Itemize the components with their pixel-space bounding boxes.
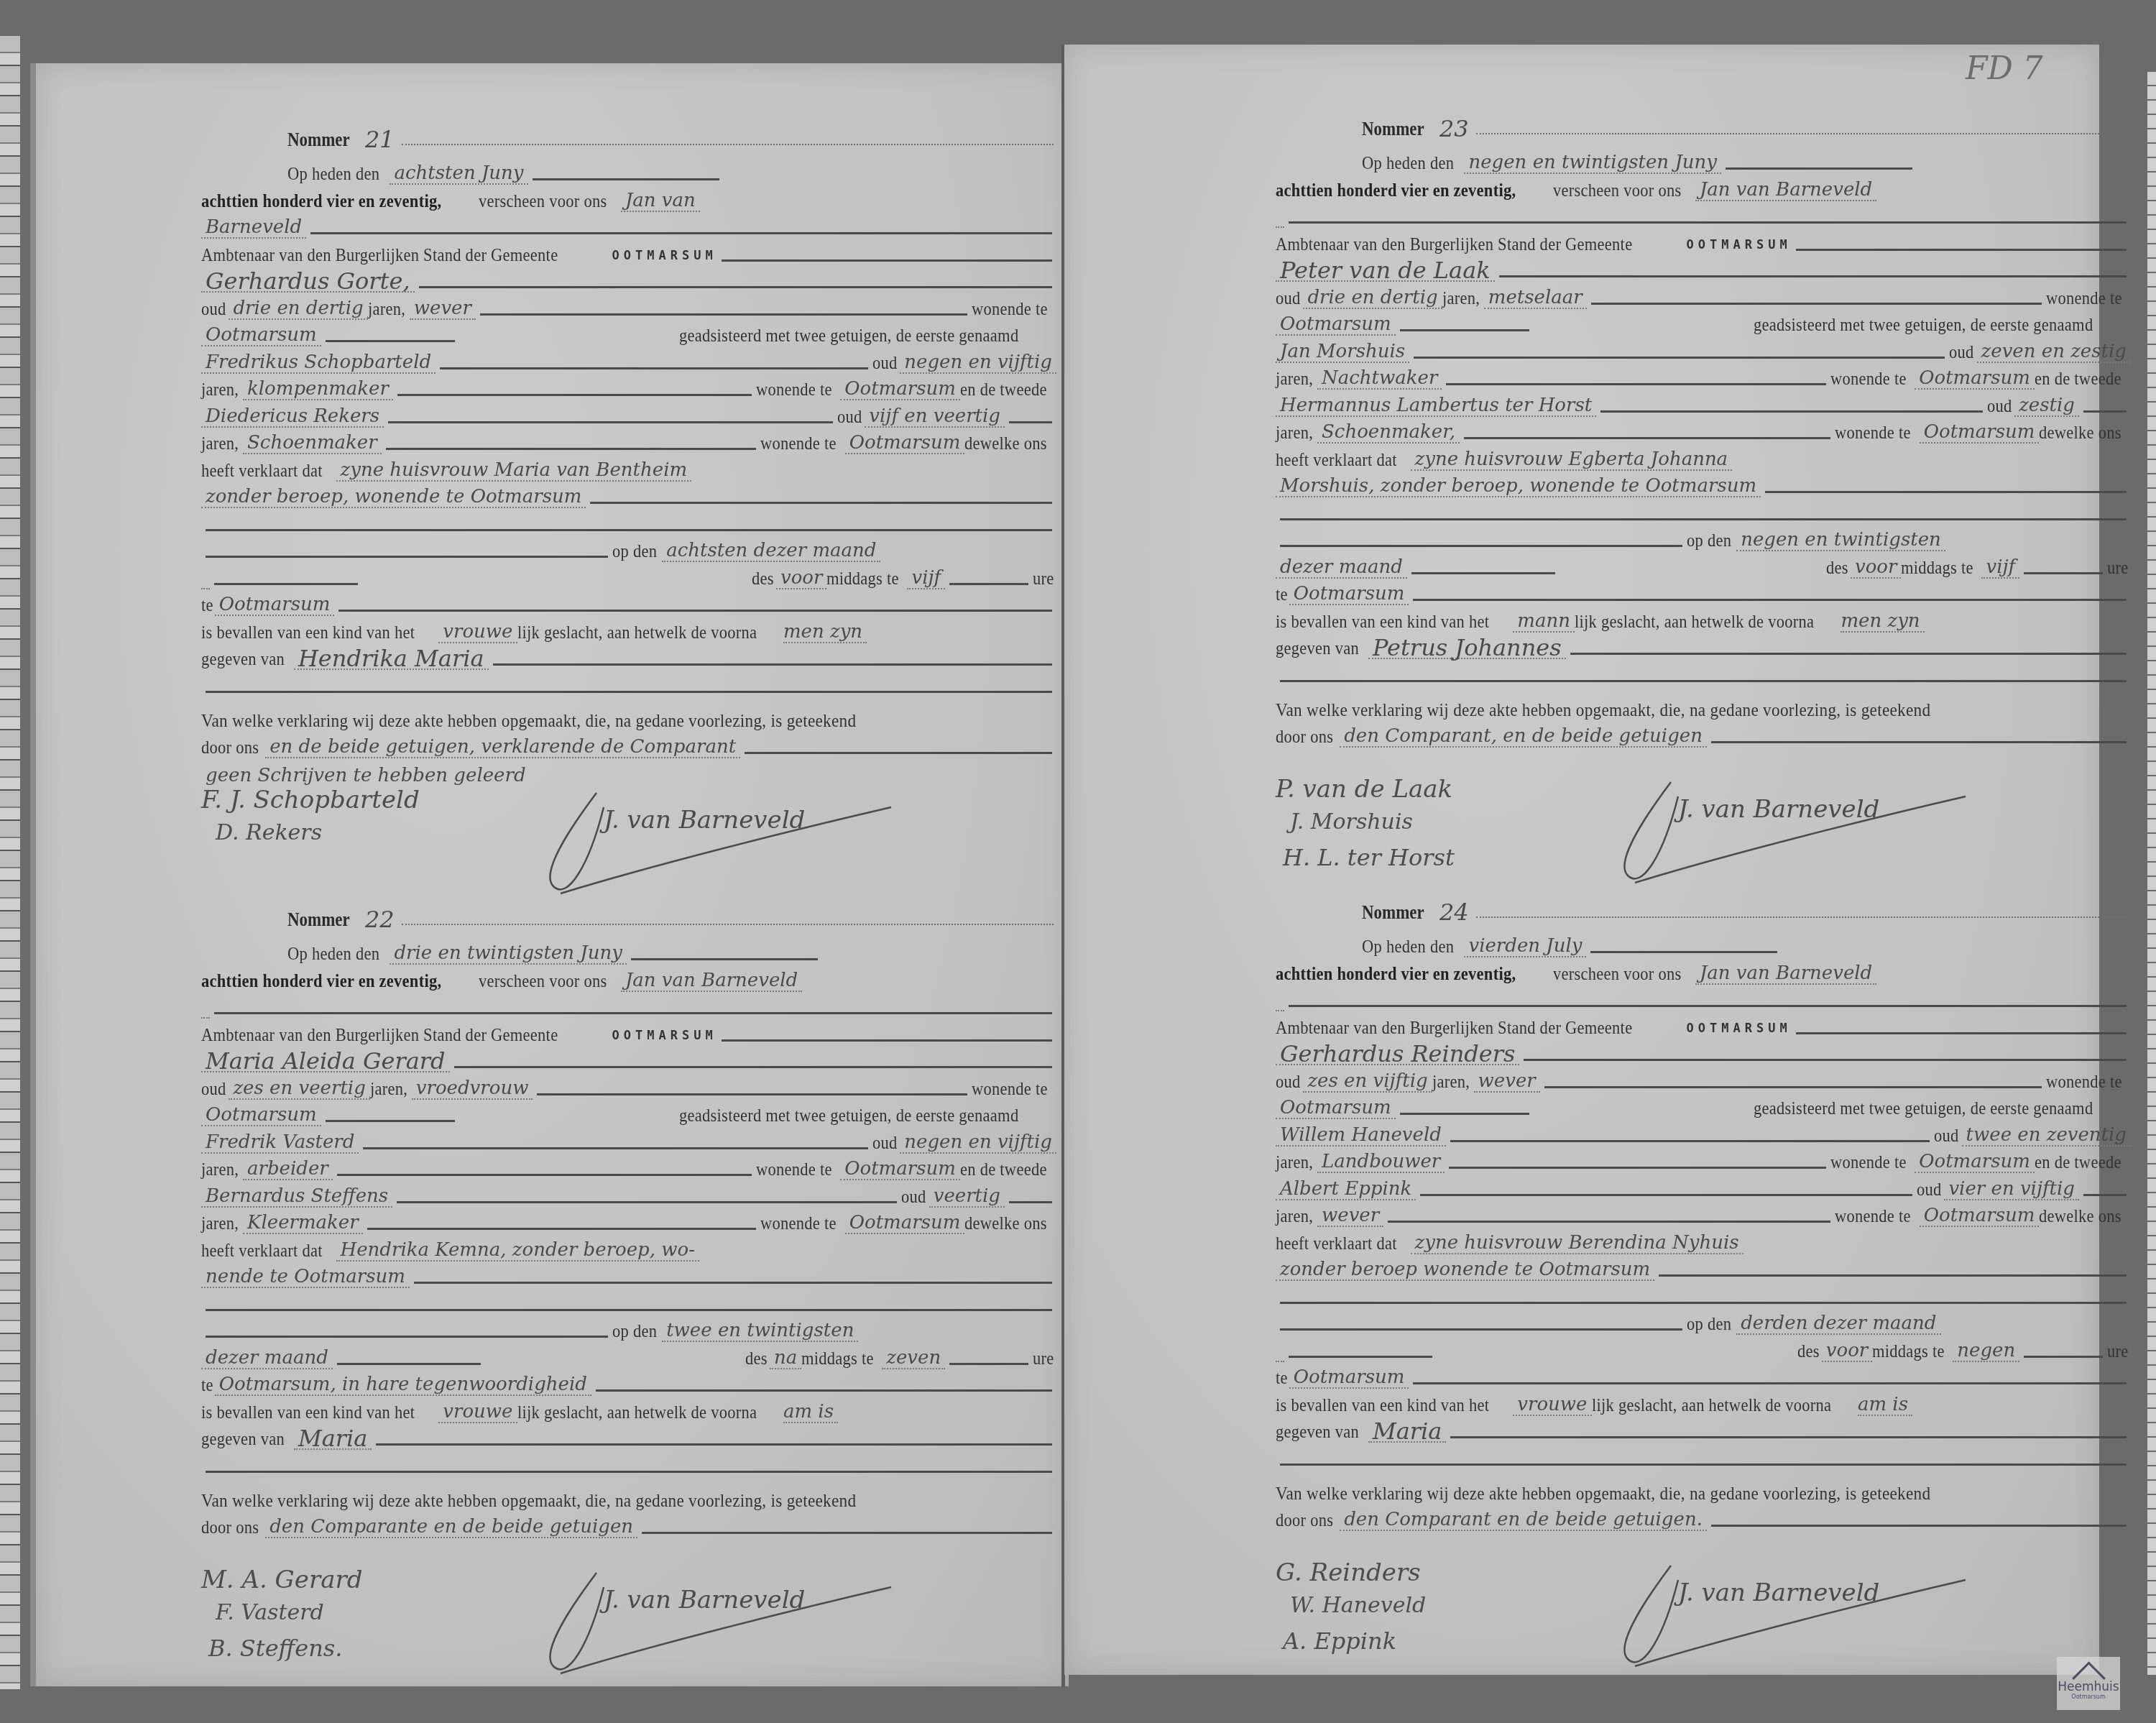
- act-number-line: Nommer 23: [1276, 111, 2131, 139]
- year-line: achttien honderd vier en zeventig, versc…: [1276, 957, 2131, 985]
- witness1-age: negen en vijftig: [900, 352, 1056, 374]
- witness1-residence: Ootmarsum: [840, 1159, 960, 1180]
- adjacent-page-edge-right: [2147, 72, 2156, 1675]
- witness-signature: F. Vasterd: [216, 1600, 324, 1625]
- witness2-occupation: Schoenmaker,: [1317, 422, 1460, 444]
- declarant-occupation: wever: [410, 298, 476, 320]
- witness1-age: twee en zeventig: [1962, 1125, 2131, 1147]
- child-given-names: Hendrika Maria: [294, 648, 489, 670]
- witness1-occupation: arbeider: [243, 1159, 333, 1180]
- witness1-name: Willem Haneveld: [1276, 1125, 1446, 1147]
- registrar-name-cont: Barneveld: [201, 217, 306, 239]
- signing-clause: en de beide getuigen, verklarende de Com…: [265, 737, 740, 758]
- registrar-name: Jan van: [621, 190, 700, 212]
- municipality: OOTMARSUM: [612, 1026, 717, 1046]
- mother-statement-cont: Morshuis, zonder beroep, wonende te Ootm…: [1276, 476, 1761, 497]
- heemhuis-watermark-logo: Heemhuis Ootmarsum: [2057, 1657, 2120, 1710]
- witness-signature: W. Haneveld: [1290, 1593, 1426, 1618]
- registrar-name: Jan van Barneveld: [621, 970, 802, 992]
- birth-act-23: Nommer 23 Op heden den negen en twintigs…: [1276, 111, 2131, 919]
- registrar-line: Ambtenaar van den Burgerlijken Stand der…: [201, 239, 1056, 266]
- birth-act-21: Nommer 21 Op heden den achtsten Juny ach…: [201, 122, 1056, 929]
- witness1-age: negen en vijftig: [900, 1132, 1056, 1154]
- municipality: OOTMARSUM: [612, 246, 717, 266]
- day-part: voor: [1851, 557, 1901, 579]
- birth-day: twee en twintigsten: [662, 1320, 858, 1342]
- witness2-name: Bernardus Steffens: [201, 1186, 392, 1208]
- witness2-name: Hermannus Lambertus ter Horst: [1276, 395, 1596, 417]
- witness-signature: B. Steffens.: [208, 1635, 342, 1662]
- registrar-line: Ambtenaar van den Burgerlijken Stand der…: [1276, 228, 2131, 255]
- witness2-residence: Ootmarsum: [1920, 422, 2040, 444]
- adjacent-page-edge-left: [0, 36, 20, 1689]
- act-number: 23: [1435, 119, 1473, 139]
- year-line: achttien honderd vier en zeventig, versc…: [201, 185, 1056, 212]
- signatures: M. A. Gerard F. Vasterd B. Steffens. J. …: [201, 1566, 1056, 1709]
- municipality: OOTMARSUM: [1687, 1019, 1792, 1039]
- signatures: G. Reinders W. Haneveld A. Eppink J. van…: [1276, 1558, 2131, 1702]
- act-number: 24: [1435, 902, 1473, 922]
- mother-statement: zyne huisvrouw Berendina Nyhuis: [1411, 1233, 1743, 1254]
- act-number-line: Nommer 24: [1276, 895, 2131, 922]
- registrar-signature-flourish: [510, 778, 913, 901]
- witness1-occupation: Landbouwer: [1317, 1152, 1445, 1173]
- witness2-age: vier en vijftig: [1944, 1179, 2079, 1200]
- mother-statement-cont: nende te Ootmarsum: [201, 1267, 410, 1288]
- signing-clause-cont: geen Schrijven te hebben geleerd: [201, 766, 530, 786]
- witness-signature: G. Reinders: [1276, 1558, 1421, 1587]
- witness1-name: Fredrikus Schopbarteld: [201, 352, 436, 374]
- day-part: voor: [776, 568, 826, 589]
- child-sex: vrouwe: [438, 622, 517, 643]
- declarant-residence: Ootmarsum: [201, 1105, 321, 1126]
- mother-statement: zyne huisvrouw Egberta Johanna: [1411, 449, 1733, 471]
- nommer-label: Nommer: [287, 129, 350, 150]
- act-date: vierden July: [1464, 936, 1586, 957]
- witness1-residence: Ootmarsum: [1915, 1152, 2035, 1173]
- witness2-age: vijf en veertig: [865, 406, 1005, 428]
- date-line: Op heden den vierden July: [1276, 931, 2131, 958]
- act-number-line: Nommer 22: [201, 902, 1056, 929]
- witness1-residence: Ootmarsum: [840, 379, 960, 400]
- declarant-occupation: vroedvrouw: [412, 1078, 533, 1100]
- nommer-label: Nommer: [287, 909, 350, 929]
- declarant-residence: Ootmarsum: [201, 325, 321, 346]
- declarant-name: Maria Aleida Gerard: [201, 1051, 450, 1072]
- act-date: achtsten Juny: [390, 163, 528, 185]
- birth-day: negen en twintigsten: [1736, 530, 1945, 551]
- declarant-residence: Ootmarsum: [1276, 314, 1396, 336]
- witness2-occupation: Kleermaker: [243, 1213, 363, 1234]
- child-sex: mann: [1513, 611, 1575, 633]
- birth-place: Ootmarsum: [1289, 584, 1409, 605]
- act-number: 22: [361, 909, 399, 929]
- year-line: achttien honderd vier en zeventig, versc…: [201, 965, 1056, 992]
- declarant-name: Peter van de Laak: [1276, 260, 1495, 282]
- declarant-age: drie en dertig: [229, 298, 367, 320]
- birth-place: Ootmarsum: [215, 594, 335, 616]
- witness1-name: Jan Morshuis: [1276, 341, 1409, 363]
- birth-hour: vijf: [1981, 557, 2019, 579]
- birth-day-cont: dezer maand: [1276, 557, 1407, 579]
- declarant-line: Gerhardus Reinders: [1276, 1039, 2131, 1066]
- declarant-line: Peter van de Laak: [1276, 255, 2131, 282]
- registrar-name: Jan van Barneveld: [1695, 180, 1876, 201]
- witness2-age: zestig: [2014, 395, 2079, 417]
- witness-signature: D. Rekers: [216, 820, 322, 845]
- birth-hour: zeven: [882, 1348, 945, 1369]
- witness-signature: P. van de Laak: [1276, 775, 1452, 804]
- signing-clause: den Comparant, en de beide getuigen: [1340, 726, 1707, 748]
- municipality: OOTMARSUM: [1687, 235, 1792, 255]
- signing-clause: den Comparante en de beide getuigen: [265, 1517, 637, 1538]
- birth-day: achtsten dezer maand: [662, 541, 880, 562]
- declarant-name: Gerhardus Reinders: [1276, 1044, 1519, 1065]
- witness2-residence: Ootmarsum: [1920, 1205, 2040, 1227]
- witness-signature: M. A. Gerard: [201, 1566, 362, 1594]
- witness-signature: J. Morshuis: [1290, 809, 1413, 835]
- witness1-occupation: Nachtwaker: [1317, 368, 1442, 390]
- act-date: negen en twintigsten Juny: [1464, 152, 1721, 174]
- registrar-line: Ambtenaar van den Burgerlijken Stand der…: [1276, 1011, 2131, 1039]
- witness2-name: Diedericus Rekers: [201, 406, 384, 428]
- day-part: na: [770, 1348, 801, 1369]
- date-line: Op heden den achtsten Juny: [201, 158, 1056, 185]
- registrar-name: Jan van Barneveld: [1695, 963, 1876, 985]
- child-sex: vrouwe: [1513, 1395, 1591, 1416]
- registrar-signature: J. van Barneveld: [1678, 1579, 1879, 1607]
- act-number: 21: [361, 129, 399, 150]
- declarant-age: zes en vijftig: [1303, 1071, 1432, 1093]
- witness2-residence: Ootmarsum: [845, 1213, 965, 1234]
- witness1-name: Fredrik Vasterd: [201, 1132, 359, 1154]
- witness2-name: Albert Eppink: [1276, 1179, 1416, 1200]
- witness-signature: H. L. ter Horst: [1283, 844, 1455, 871]
- child-given-names: Maria: [1368, 1421, 1446, 1443]
- mother-statement: Hendrika Kemna, zonder beroep, wo-: [336, 1240, 699, 1262]
- birth-hour: vijf: [907, 568, 945, 589]
- year-line: achttien honderd vier en zeventig, versc…: [1276, 174, 2131, 201]
- birth-day: derden dezer maand: [1736, 1313, 1940, 1335]
- birth-hour: negen: [1953, 1341, 2019, 1362]
- child-sex: vrouwe: [438, 1402, 517, 1423]
- witness1-age: zeven en zestig: [1977, 341, 2131, 363]
- witness-signature: F. J. Schopbarteld: [201, 786, 420, 814]
- witness1-residence: Ootmarsum: [1915, 368, 2035, 390]
- date-line: Op heden den drie en twintigsten Juny: [201, 938, 1056, 965]
- registrar-signature: J. van Barneveld: [1678, 795, 1879, 824]
- folio-mark: FD 7: [1966, 50, 2043, 87]
- birth-act-24: Nommer 24 Op heden den vierden July acht…: [1276, 895, 2131, 1702]
- mother-statement-cont: zonder beroep, wonende te Ootmarsum: [201, 487, 586, 508]
- declarant-line: Gerhardus Gorte,: [201, 266, 1056, 293]
- witness2-occupation: Schoenmaker: [243, 433, 382, 454]
- act-date: drie en twintigsten Juny: [390, 943, 626, 965]
- child-given-names: Petrus Johannes: [1368, 638, 1566, 659]
- declarant-line: Maria Aleida Gerard: [201, 1046, 1056, 1073]
- registrar-signature-flourish: [1585, 1551, 1987, 1673]
- signing-clause: den Comparant en de beide getuigen.: [1340, 1510, 1707, 1531]
- act-number-line: Nommer 21: [201, 122, 1056, 150]
- birth-act-22: Nommer 22 Op heden den drie en twintigst…: [201, 902, 1056, 1709]
- witness2-occupation: wever: [1317, 1205, 1383, 1227]
- witness2-age: veertig: [929, 1186, 1005, 1208]
- nommer-label: Nommer: [1362, 902, 1424, 922]
- declarant-occupation: metselaar: [1484, 288, 1587, 309]
- birth-place: Ootmarsum, in hare tegenwoordigheid: [215, 1374, 591, 1396]
- declarant-residence: Ootmarsum: [1276, 1098, 1396, 1119]
- mother-statement-cont: zonder beroep wonende te Ootmarsum: [1276, 1259, 1654, 1281]
- date-line: Op heden den negen en twintigsten Juny: [1276, 147, 2131, 175]
- declarant-age: drie en dertig: [1303, 288, 1442, 309]
- registrar-signature-flourish: [1585, 768, 1987, 890]
- declarant-name: Gerhardus Gorte,: [201, 271, 415, 293]
- declarant-occupation: wever: [1474, 1071, 1540, 1093]
- day-part: voor: [1822, 1341, 1872, 1362]
- witness-signature: A. Eppink: [1283, 1627, 1396, 1655]
- registrar-line: Ambtenaar van den Burgerlijken Stand der…: [201, 1019, 1056, 1046]
- child-given-names: Maria: [294, 1428, 372, 1450]
- birth-day-cont: dezer maand: [201, 1348, 333, 1369]
- registrar-signature-flourish: [510, 1558, 913, 1681]
- witness2-residence: Ootmarsum: [845, 433, 965, 454]
- registrar-signature: J. van Barneveld: [604, 1586, 805, 1614]
- mother-statement: zyne huisvrouw Maria van Bentheim: [336, 460, 692, 482]
- birth-place: Ootmarsum: [1289, 1367, 1409, 1389]
- registrar-signature: J. van Barneveld: [604, 806, 805, 835]
- declarant-age: zes en veertig: [229, 1078, 369, 1100]
- nommer-label: Nommer: [1362, 119, 1424, 139]
- witness1-occupation: klompenmaker: [243, 379, 393, 400]
